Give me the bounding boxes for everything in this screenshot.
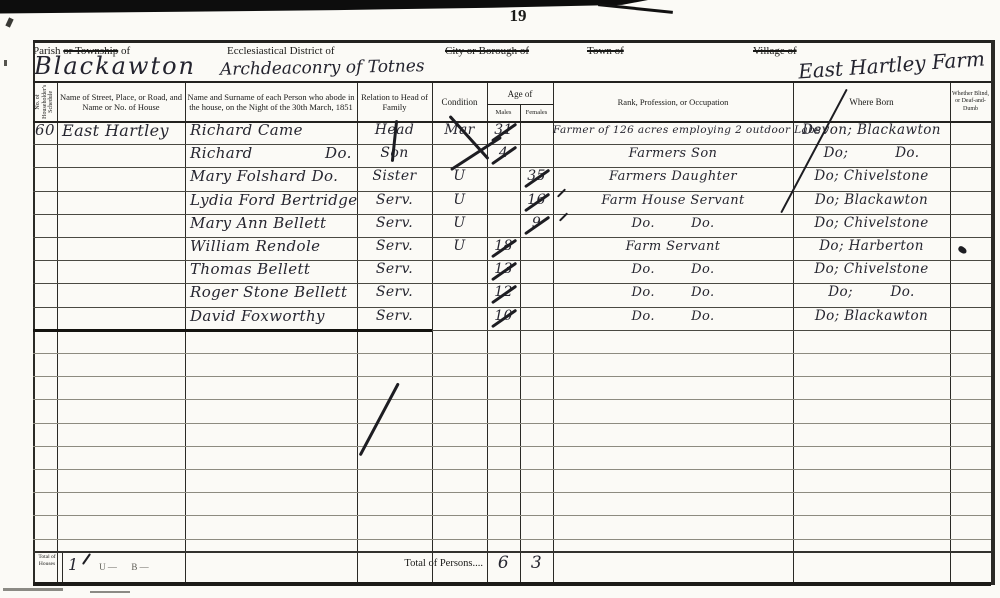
parish-value-handwritten: Blackawton bbox=[34, 52, 196, 80]
building-label: B — bbox=[128, 562, 152, 572]
colhead-occupation: Rank, Profession, or Occupation bbox=[553, 83, 793, 121]
cell-occupation-row2: Farmers Son bbox=[553, 142, 793, 165]
cell-occupation-row8: Do. Do. bbox=[553, 281, 793, 304]
cell-born-row9: Do; Blackawton bbox=[793, 305, 950, 328]
row-rule bbox=[33, 469, 991, 470]
grid-vline bbox=[432, 81, 433, 583]
grid-hline bbox=[33, 40, 991, 43]
torn-paper-streak bbox=[598, 3, 673, 14]
cell-schedule-row1: 60 bbox=[33, 119, 57, 142]
cell-name-row3: Mary Folshard Do. bbox=[185, 165, 357, 188]
cell-born-row6: Do; Harberton bbox=[793, 235, 950, 258]
row-rule bbox=[33, 423, 991, 424]
uninhabited-label: U — bbox=[96, 562, 120, 572]
cell-born-row5: Do; Chivelstone bbox=[793, 212, 950, 235]
colhead-age: Age of bbox=[487, 83, 553, 105]
colhead-schedule: No. of Householder's Schedule bbox=[33, 83, 57, 121]
cell-relation-row3: Sister bbox=[357, 165, 432, 188]
page-number: 19 bbox=[488, 6, 548, 26]
cell-relation-row9: Serv. bbox=[357, 305, 432, 328]
header-town: Town of bbox=[587, 42, 753, 80]
ink-blot bbox=[957, 245, 968, 255]
cell-occupation-row9: Do. Do. bbox=[553, 305, 793, 328]
cell-occupation-row7: Do. Do. bbox=[553, 258, 793, 281]
grid-hline bbox=[33, 551, 991, 553]
grid-vline bbox=[62, 551, 63, 583]
scan-noise bbox=[90, 591, 130, 593]
city-label: City or Borough of bbox=[445, 45, 529, 57]
cell-born-row7: Do; Chivelstone bbox=[793, 258, 950, 281]
cell-relation-row5: Serv. bbox=[357, 212, 432, 235]
grid-vline bbox=[950, 81, 951, 583]
cell-name-row9: David Foxworthy bbox=[185, 305, 357, 328]
ink-mark bbox=[82, 553, 91, 565]
ecclesiastical-value-handwritten: Archdeaconry of Totnes bbox=[220, 56, 425, 80]
cell-condition-row5: U bbox=[432, 212, 487, 235]
total-houses-value: 1 bbox=[68, 555, 79, 574]
row-rule bbox=[33, 446, 991, 447]
row-rule bbox=[33, 515, 991, 516]
total-persons-label: Total of Persons.... bbox=[300, 558, 483, 569]
row-rule bbox=[33, 399, 991, 400]
cell-occupation-row5: Do. Do. bbox=[553, 212, 793, 235]
cell-relation-row4: Serv. bbox=[357, 189, 432, 212]
colhead-relation: Relation to Head of Family bbox=[357, 83, 432, 121]
cell-occupation-row3: Farmers Daughter bbox=[553, 165, 793, 188]
cell-occupation-row6: Farm Servant bbox=[553, 235, 793, 258]
cell-condition-row1: Mar bbox=[432, 119, 487, 142]
cell-born-row8: Do; Do. bbox=[793, 281, 950, 304]
row-rule bbox=[33, 492, 991, 493]
cell-name-row7: Thomas Bellett bbox=[185, 258, 357, 281]
torn-paper-edge bbox=[0, 0, 648, 14]
cell-condition-row3: U bbox=[432, 165, 487, 188]
header-city: City or Borough of bbox=[445, 42, 587, 80]
ink-speck bbox=[4, 60, 7, 66]
cell-relation-row7: Serv. bbox=[357, 258, 432, 281]
row-rule bbox=[33, 353, 991, 354]
cell-name-row4: Lydia Ford Bertridge bbox=[185, 189, 357, 212]
colhead-disability: Whether Blind, or Deaf-and-Dumb bbox=[950, 83, 991, 121]
cell-name-row2: Richard Do. bbox=[185, 142, 357, 165]
grid-hline bbox=[487, 104, 553, 105]
cell-relation-row6: Serv. bbox=[357, 235, 432, 258]
cell-relation-row8: Serv. bbox=[357, 281, 432, 304]
ecclesiastical-label: Ecclesiastical District of bbox=[227, 45, 335, 57]
colhead-name: Name and Surname of each Person who abod… bbox=[185, 83, 357, 121]
village-label: Village of bbox=[753, 45, 797, 57]
cell-address-row1: East Hartley bbox=[57, 119, 185, 142]
row-rule bbox=[33, 376, 991, 377]
colhead-age-females: Females bbox=[520, 106, 553, 121]
cell-born-row3: Do; Chivelstone bbox=[793, 165, 950, 188]
grid-hline bbox=[33, 582, 991, 586]
census-page-scan: 19 Parish or Township of Ecclesiastical … bbox=[0, 0, 1000, 598]
ink-speck bbox=[5, 17, 13, 27]
cell-born-row4: Do; Blackawton bbox=[793, 189, 950, 212]
grid-vline bbox=[991, 40, 995, 585]
scan-noise bbox=[3, 588, 63, 591]
total-persons-females: 3 bbox=[520, 553, 553, 573]
cell-name-row5: Mary Ann Bellett bbox=[185, 212, 357, 235]
cell-condition-row6: U bbox=[432, 235, 487, 258]
row-rule bbox=[33, 539, 991, 540]
cell-name-row6: William Rendole bbox=[185, 235, 357, 258]
cell-name-row1: Richard Came bbox=[185, 119, 357, 142]
cell-name-row8: Roger Stone Bellett bbox=[185, 281, 357, 304]
colhead-street: Name of Street, Place, or Road, and Name… bbox=[57, 83, 185, 121]
grid-hline bbox=[33, 81, 991, 83]
town-label: Town of bbox=[587, 45, 624, 57]
colhead-born: Where Born bbox=[793, 83, 950, 121]
colhead-condition: Condition bbox=[432, 83, 487, 121]
cell-occupation-row1: Farmer of 126 acres employing 2 outdoor … bbox=[553, 119, 793, 142]
cell-occupation-row4: Farm House Servant bbox=[553, 189, 793, 212]
cell-condition-row4: U bbox=[432, 189, 487, 212]
household-end-line bbox=[33, 329, 432, 333]
total-persons-males: 6 bbox=[487, 553, 520, 573]
cell-born-row1: Devon; Blackawton bbox=[793, 119, 950, 142]
